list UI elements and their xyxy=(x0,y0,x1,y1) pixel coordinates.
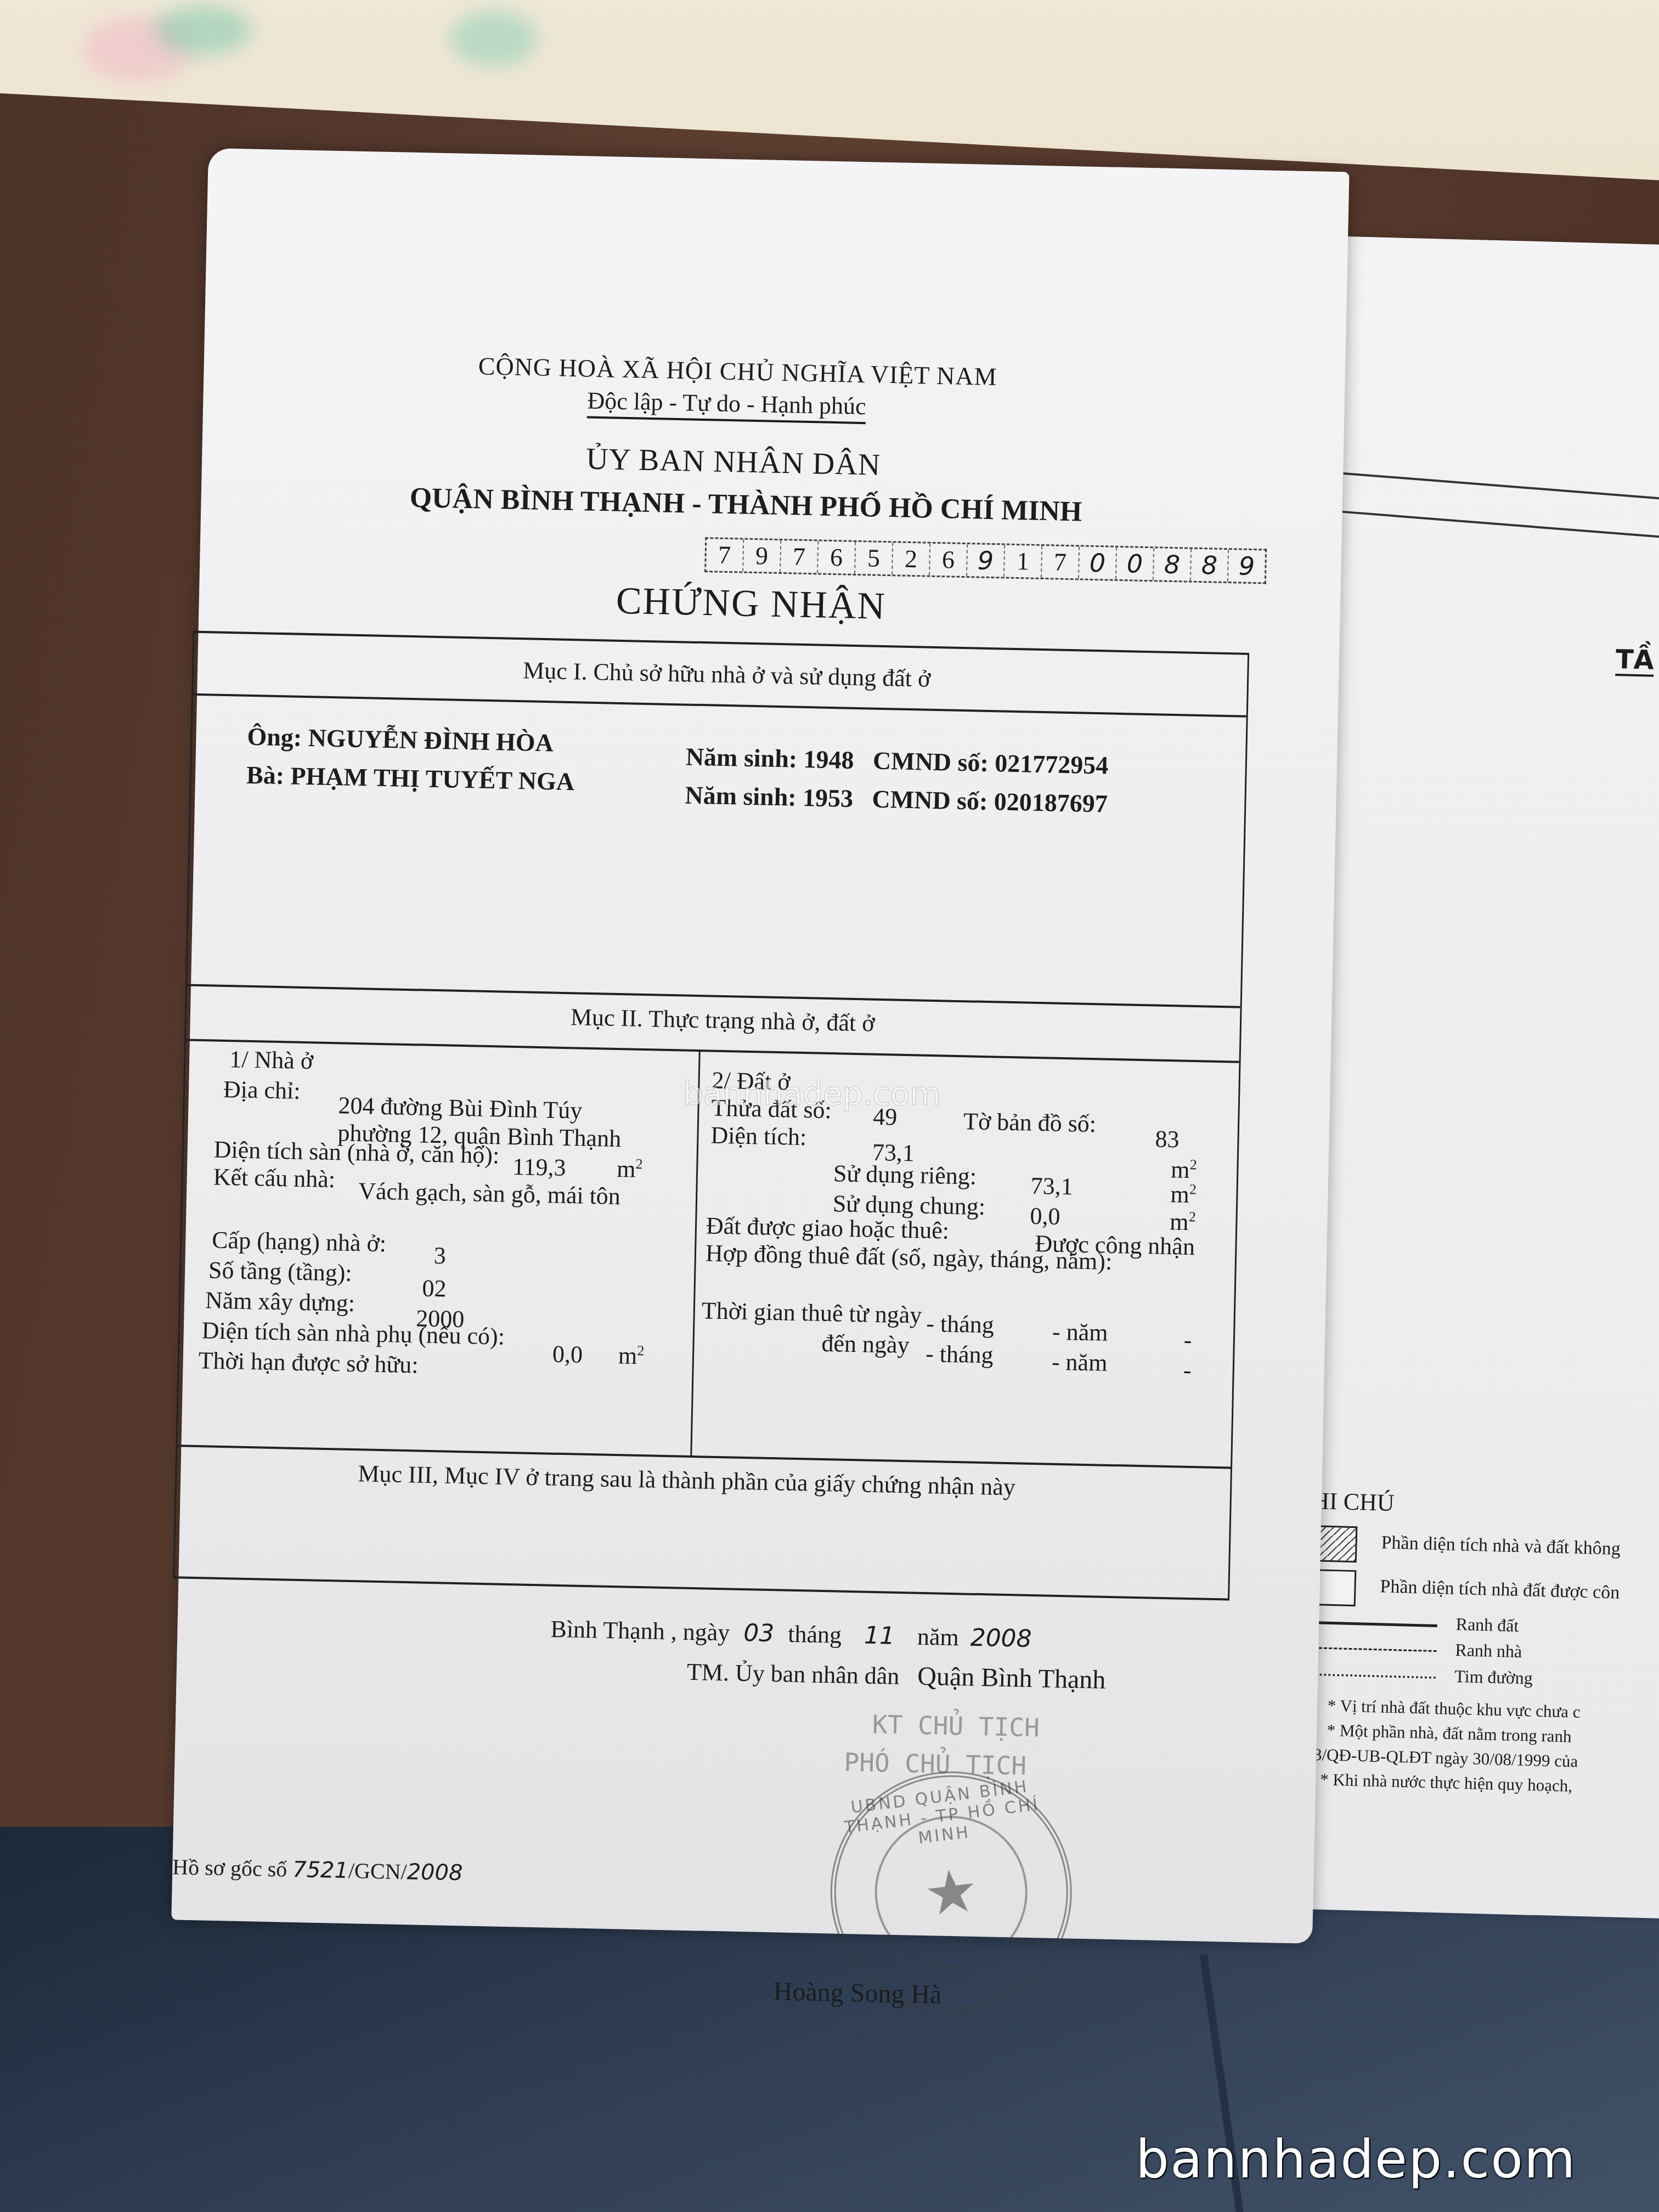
serial-digit: 0 xyxy=(1116,548,1154,580)
watermark-logo: bannhadep.com xyxy=(1136,2129,1577,2190)
right-page-rule xyxy=(1344,472,1659,505)
serial-digit: 0 xyxy=(1079,546,1117,579)
shared-use-value: 0,0 xyxy=(1030,1202,1060,1231)
id-label: CMND số: xyxy=(872,785,988,815)
legend-item-label: Tim đường xyxy=(1454,1666,1533,1689)
private-use-unit: m2 xyxy=(1170,1180,1197,1209)
watermark-overlay: bannhadep.com xyxy=(683,1075,941,1113)
owner-2-details: Năm sinh: 1953 CMND số: 020187697 xyxy=(685,780,1108,818)
map-sheet-label: Tờ bản đồ số: xyxy=(963,1107,1097,1138)
wall-stain xyxy=(450,11,538,66)
section-2-heading: Mục II. Thực trạng nhà ở, đất ở xyxy=(570,1003,875,1037)
issue-day: 03 xyxy=(743,1619,775,1647)
owner-prefix: Bà: xyxy=(246,761,285,789)
aux-area-value: 0,0 xyxy=(552,1340,583,1369)
signer-name: Hoàng Song Hà xyxy=(773,1976,942,2010)
issuing-authority: ỦY BAN NHÂN DÂN xyxy=(586,442,881,483)
table-divider xyxy=(177,1444,1231,1469)
owner-name: NGUYỄN ĐÌNH HÒA xyxy=(308,724,554,757)
birth-label: Năm sinh: xyxy=(685,742,797,772)
lease-to-end: - xyxy=(1183,1356,1192,1384)
serial-digit: 7 xyxy=(706,539,744,571)
map-sheet-value: 83 xyxy=(1155,1125,1180,1154)
signer-role-1: KT CHỦ TỊCH xyxy=(872,1709,1040,1742)
serial-digit: 6 xyxy=(818,541,856,573)
serial-digit: 7 xyxy=(1042,546,1080,578)
floor-area-unit: m2 xyxy=(617,1155,643,1183)
lease-from-month: - tháng xyxy=(926,1310,994,1339)
house-section-title: 1/ Nhà ở xyxy=(229,1045,314,1075)
owner-1-details: Năm sinh: 1948 CMND số: 021772954 xyxy=(685,742,1108,780)
right-page-heading: TẦ xyxy=(1615,644,1654,676)
file-ref-number: 7521 xyxy=(292,1857,349,1883)
legend-item-label: Ranh đất xyxy=(1455,1614,1519,1636)
birth-year: 1953 xyxy=(803,783,854,812)
floor-area-value: 119,3 xyxy=(512,1153,566,1182)
serial-digit: 6 xyxy=(930,544,968,576)
owner-1: Ông: NGUYỄN ĐÌNH HÒA xyxy=(247,722,554,758)
serial-digit: 8 xyxy=(1191,549,1229,582)
section-1-heading: Mục I. Chủ sở hữu nhà ở và sử dụng đất ở xyxy=(523,656,931,693)
legend-item-label: Phần diện tích nhà và đất không xyxy=(1381,1532,1621,1559)
legend-note: * Vị trí nhà đất thuộc khu vực chưa c xyxy=(1327,1696,1581,1722)
floors-label: Số tầng (tầng): xyxy=(208,1256,353,1286)
legend-note: 4963/QĐ-UB-QLĐT ngày 30/08/1999 của xyxy=(1288,1744,1578,1771)
wall-stain xyxy=(154,5,252,55)
table-divider xyxy=(193,693,1246,718)
file-ref-year: 2008 xyxy=(407,1859,463,1886)
certificate-page: CỘNG HOÀ XÃ HỘI CHỦ NGHĨA VIỆT NAM Độc l… xyxy=(171,148,1349,1944)
owner-prefix: Ông: xyxy=(247,723,302,752)
grade-value: 3 xyxy=(433,1242,446,1269)
legend-item-label: Phần diện tích nhà đất được côn xyxy=(1380,1576,1620,1603)
lease-to-month: - tháng xyxy=(926,1340,994,1369)
lease-from-end: - xyxy=(1183,1326,1192,1354)
on-behalf: TM. Ủy ban nhân dân xyxy=(687,1658,900,1690)
legend-item-label: Ranh nhà xyxy=(1455,1640,1522,1662)
serial-digit: 5 xyxy=(855,542,893,574)
serial-digit: 2 xyxy=(893,543,930,575)
right-page-rule xyxy=(1342,511,1659,543)
address-label: Địa chỉ: xyxy=(223,1075,301,1105)
issue-month: 11 xyxy=(864,1622,895,1650)
national-motto: Độc lập - Tự do - Hạnh phúc xyxy=(587,387,866,421)
issue-place: Bình Thạnh xyxy=(550,1616,665,1645)
floors-value: 02 xyxy=(422,1274,447,1303)
certificate-title: CHỨNG NHẬN xyxy=(616,579,887,629)
certificate-table: Mục I. Chủ sở hữu nhà ở và sử dụng đất ở… xyxy=(173,631,1249,1601)
lease-from-year: - năm xyxy=(1052,1318,1108,1347)
private-use-label: Sử dụng riêng: xyxy=(833,1159,977,1190)
on-behalf-line: TM. Ủy ban nhân dân Quận Bình Thạnh xyxy=(686,1656,1105,1695)
id-label: CMND số: xyxy=(873,747,989,777)
serial-digit: 8 xyxy=(1154,548,1192,580)
lease-to-label: đến ngày xyxy=(821,1329,910,1359)
table-divider xyxy=(187,984,1240,1008)
birth-year: 1948 xyxy=(803,745,854,774)
structure-value: Vách gạch, sàn gỗ, mái tôn xyxy=(358,1177,621,1210)
table-divider xyxy=(186,1039,1239,1063)
id-number: 020187697 xyxy=(994,787,1108,817)
issue-date: Bình Thạnh , ngày 03 tháng 11 năm 2008 xyxy=(550,1615,1032,1653)
structure-label: Kết cấu nhà: xyxy=(213,1163,335,1194)
serial-digit: 9 xyxy=(743,540,781,572)
aux-area-label: Diện tích sàn nhà phụ (nếu có): xyxy=(201,1316,505,1351)
issuing-district: QUẬN BÌNH THẠNH - THÀNH PHỐ HỒ CHÍ MINH xyxy=(409,482,1082,528)
year-built-label: Năm xây dựng: xyxy=(205,1286,355,1317)
area-label: Diện tích: xyxy=(710,1121,807,1152)
private-use-value: 73,1 xyxy=(1030,1172,1073,1201)
on-behalf-district: Quận Bình Thạnh xyxy=(917,1662,1106,1695)
serial-digit: 9 xyxy=(967,544,1005,577)
file-reference: Hồ sơ gốc số 7521/GCN/2008 xyxy=(172,1854,463,1886)
lease-to-year: - năm xyxy=(1051,1348,1107,1377)
serial-digit: 1 xyxy=(1005,545,1042,578)
grade-label: Cấp (hạng) nhà ở: xyxy=(212,1226,387,1258)
owner-name: PHẠM THỊ TUYẾT NGA xyxy=(290,761,575,795)
serial-digit: 9 xyxy=(1228,550,1265,582)
continuation-note: Mục III, Mục IV ở trang sau là thành phầ… xyxy=(358,1459,1015,1501)
serial-digit: 7 xyxy=(781,540,819,573)
birth-label: Năm sinh: xyxy=(685,781,797,811)
aux-area-unit: m2 xyxy=(618,1341,645,1370)
legend-note: * Khi nhà nước thực hiện quy hoạch, xyxy=(1320,1770,1573,1796)
ownership-term-label: Thời hạn được sở hữu: xyxy=(198,1346,419,1379)
country-name: CỘNG HOÀ XÃ HỘI CHỦ NGHĨA VIỆT NAM xyxy=(478,351,997,391)
certificate-serial-number: 7 9 7 6 5 2 6 9 1 7 0 0 8 8 9 xyxy=(704,537,1267,584)
lease-from-label: Thời gian thuê từ ngày xyxy=(701,1296,922,1329)
id-number: 021772954 xyxy=(995,749,1109,779)
legend-note: * Một phần nhà, đất nằm trong ranh xyxy=(1327,1720,1572,1747)
owner-2: Bà: PHẠM THỊ TUYẾT NGA xyxy=(246,760,575,797)
issue-year: 2008 xyxy=(970,1624,1032,1653)
